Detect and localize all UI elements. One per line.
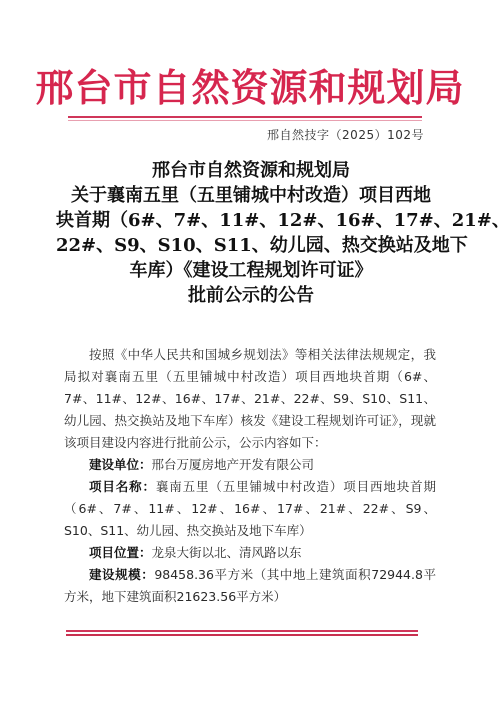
title-line: 关于襄南五里（五里铺城中村改造）项目西地 [56, 183, 446, 208]
title-line: 块首期（6#、7#、11#、12#、16#、17#、21#、 [56, 208, 446, 233]
document-number: 邢自然技字（2025）102号 [267, 126, 424, 143]
field-project-name: 项目名称：襄南五里（五里铺城中村改造）项目西地块首期（6#、7#、11#、12#… [64, 476, 436, 542]
masthead-red-rule [68, 116, 422, 118]
field-label: 项目名称： [89, 479, 156, 494]
agency-masthead: 邢台市自然资源和规划局 [0, 66, 500, 110]
field-label: 建设单位： [89, 457, 152, 472]
field-construction-unit: 建设单位：邢台万厦房地产开发有限公司 [64, 454, 436, 476]
masthead-red-rule-thin [68, 120, 422, 121]
field-project-location: 项目位置：龙泉大街以北、清风路以东 [64, 542, 436, 564]
title-line: 22#、S9、S10、S11、幼儿园、热交换站及地下 [56, 233, 446, 258]
field-construction-scale: 建设规模：98458.36平方米（其中地上建筑面积72944.8平方米，地下建筑… [64, 564, 436, 608]
field-value: 龙泉大街以北、清风路以东 [152, 545, 302, 560]
notice-body: 按照《中华人民共和国城乡规划法》等相关法律法规规定，我局拟对襄南五里（五里铺城中… [64, 344, 436, 608]
title-line: 批前公示的公告 [56, 283, 446, 308]
footer-red-rule-2 [66, 634, 418, 636]
notice-title: 邢台市自然资源和规划局 关于襄南五里（五里铺城中村改造）项目西地 块首期（6#、… [56, 158, 446, 308]
field-value: 邢台万厦房地产开发有限公司 [152, 457, 315, 472]
intro-paragraph: 按照《中华人民共和国城乡规划法》等相关法律法规规定，我局拟对襄南五里（五里铺城中… [64, 344, 436, 454]
title-line: 邢台市自然资源和规划局 [56, 158, 446, 183]
title-line: 车库）《建设工程规划许可证》 [56, 258, 446, 283]
field-label: 建设规模： [89, 567, 154, 582]
field-label: 项目位置： [89, 545, 152, 560]
footer-red-rule [66, 630, 418, 632]
